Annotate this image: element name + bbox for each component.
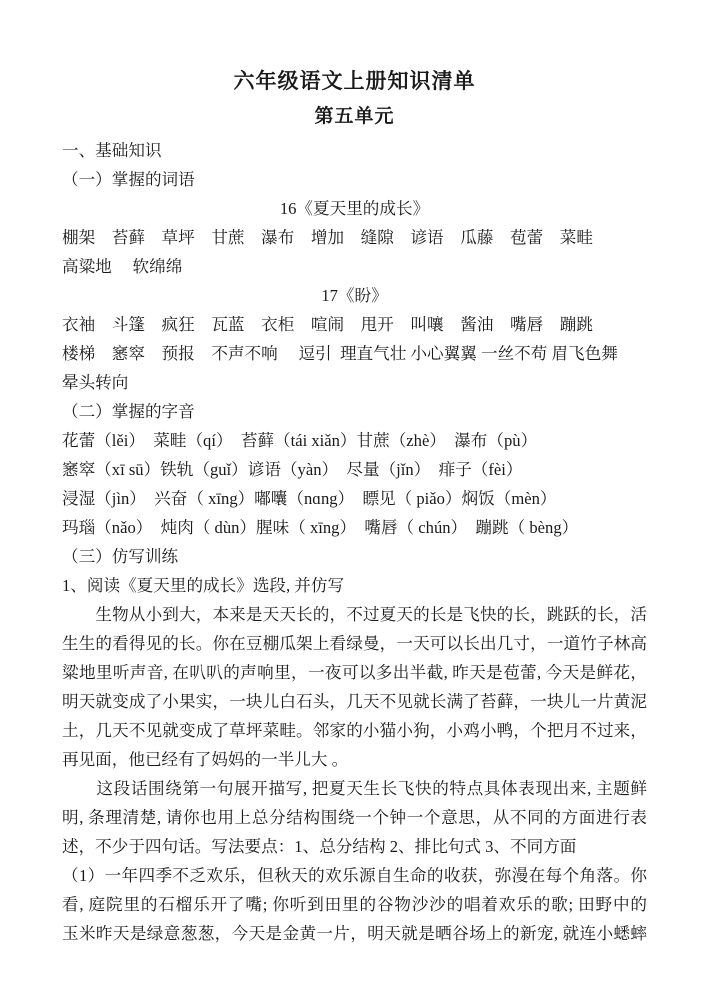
subsection-heading-pinyin: （二）掌握的字音 xyxy=(62,397,647,426)
paragraph-line: 生物从小到大，本来是天天长的，不过夏天的长是飞快的长，跳跃的长，活 xyxy=(62,600,647,629)
paragraph-line: 再见面，他已经有了妈妈的一半儿大 。 xyxy=(62,745,647,774)
page-title: 六年级语文上册知识清单 xyxy=(62,68,647,94)
unit-subtitle: 第五单元 xyxy=(62,105,647,129)
pinyin-line: 浸湿（jìn） 兴奋（ xīng）嘟囔（nɑng） 瞟见（ piǎo）焖饭（mè… xyxy=(62,484,647,513)
paragraph-line: 明, 条理清楚, 请你也用上总分结构围绕一个钟一个意思，从不同的方面进行表 xyxy=(62,803,647,832)
exercise-prompt: 1、阅读《夏天里的成长》选段, 并仿写 xyxy=(62,571,647,600)
lesson-heading-17: 17《盼》 xyxy=(62,281,647,310)
word-list-line: 棚架 苔藓 草坪 甘蔗 瀑布 增加 缝隙 谚语 瓜藤 苞蕾 菜畦 xyxy=(62,223,647,252)
word-list-line: 高粱地 软绵绵 xyxy=(62,252,647,281)
subsection-heading-imitate: （三）仿写训练 xyxy=(62,542,647,571)
word-list-line: 衣袖 斗篷 疯狂 瓦蓝 衣柜 喧闹 甩开 叫嚷 酱油 嘴唇 蹦跳 xyxy=(62,310,647,339)
paragraph-line: 生生的看得见的长。你在豆棚瓜架上看绿曼，一天可以长出几寸，一道竹子林高 xyxy=(62,629,647,658)
pinyin-line: 窸窣（xī sū）铁轨（guǐ）谚语（yàn） 尽量（jǐn） 痱子（fèi） xyxy=(62,455,647,484)
paragraph-line: 明天就变成了小果实，一块儿白石头，几天不见就长满了苔藓，一块儿一片黄泥 xyxy=(62,687,647,716)
paragraph-line: 述，不少于四句话。写法要点：1、总分结构 2、排比句式 3、不同方面 xyxy=(62,832,647,861)
example-paragraph-line: 玉米昨天是绿意葱葱，今天是金黄一片，明天就是晒谷场上的新宠, 就连小蟋蟀 xyxy=(62,919,647,948)
section-heading-basics: 一、基础知识 xyxy=(62,136,647,165)
subsection-heading-words: （一）掌握的词语 xyxy=(62,165,647,194)
document-page: 六年级语文上册知识清单 第五单元 一、基础知识 （一）掌握的词语 16《夏天里的… xyxy=(0,0,707,999)
paragraph-line: 这段话围绕第一句展开描写, 把夏天生长飞快的特点具体表现出来, 主题鲜 xyxy=(62,774,647,803)
paragraph-line: 粱地里听声音, 在叭叭的声响里，一夜可以多出半截, 昨天是苞蕾, 今天是鲜花， xyxy=(62,658,647,687)
word-list-line: 楼梯 窸窣 预报 不声不响 逗引 理直气壮 小心翼翼 一丝不苟 眉飞色舞 xyxy=(62,339,647,368)
lesson-heading-16: 16《夏天里的成长》 xyxy=(62,194,647,223)
example-paragraph-line: （1）一年四季不乏欢乐，但秋天的欢乐源自生命的收获，弥漫在每个角落。你 xyxy=(62,861,647,890)
pinyin-line: 玛瑙（nǎo） 炖肉（ dùn）腥味（ xīng） 嘴唇（ chún） 蹦跳（ … xyxy=(62,513,647,542)
paragraph-line: 土，几天不见就变成了草坪菜畦。邻家的小猫小狗，小鸡小鸭，个把月不过来， xyxy=(62,716,647,745)
example-paragraph-line: 看, 庭院里的石榴乐开了嘴; 你听到田里的谷物沙沙的唱着欢乐的歌; 田野中的 xyxy=(62,890,647,919)
word-list-line: 晕头转向 xyxy=(62,368,647,397)
pinyin-line: 花蕾（lěi） 菜畦（qí） 苔藓（tái xiǎn）甘蔗（zhè） 瀑布（pù… xyxy=(62,426,647,455)
